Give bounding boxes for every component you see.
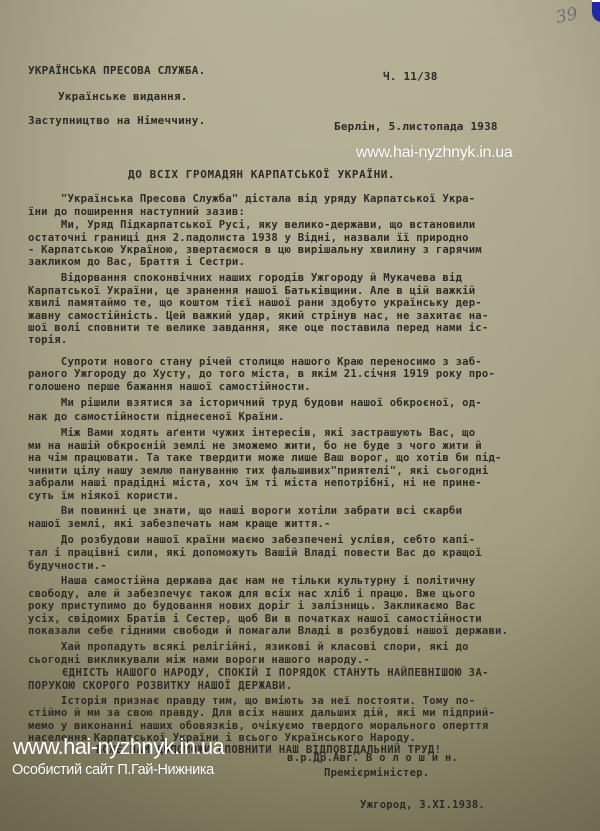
header-edition: Українське видання.: [58, 90, 188, 103]
corner-mark: [592, 0, 600, 22]
body-line: забрали наші прадідні міста, хоч їм ті м…: [28, 477, 482, 490]
body-line: раного Ужгороду до Хусту, до того міста,…: [28, 368, 495, 381]
header-number: Ч. 11/38: [383, 70, 438, 83]
body-line: нашої землі, які забезпечать нам краще ж…: [28, 518, 331, 531]
watermark-top-url: www.hai-nyzhnyk.in.ua: [356, 144, 512, 162]
watermark-bottom-caption: Особистий сайт П.Гай-Нижника: [12, 762, 214, 778]
body-line: "Українська Пресова Служба" дістала від …: [28, 193, 475, 206]
header-office: Заступництво на Німеччину.: [28, 114, 205, 127]
body-line: торія.: [28, 334, 67, 347]
body-line: хвилі памятаймо те, що коштом тієї нашої…: [28, 297, 482, 310]
body-line: на чім працювати. Та таке твердити може …: [28, 452, 502, 465]
body-line: року приступимо до будовання нових доріг…: [28, 600, 475, 613]
body-line: Ви повинні це знати, що наші вороги хоті…: [28, 505, 462, 518]
body-line: нак до самостійности піднесеної Країни.: [28, 411, 285, 424]
body-line: сьогодні викликували між нами вороги наш…: [28, 654, 370, 667]
body-line: ЄДНІСТЬ НАШОГО НАРОДУ, СПОКІЙ І ПОРЯДОК …: [28, 667, 489, 680]
watermark-bottom-url: www.hai-nyzhnyk.in.ua: [13, 734, 224, 760]
signature-name: в.р.Др.Авг. В о л о ш и н.: [287, 752, 458, 765]
body-line: До розбудови нашої країни маємо забезпеч…: [28, 534, 475, 547]
archive-page-number: 39: [554, 4, 579, 28]
signature-place-date: Ужгород, 3.XI.1938.: [360, 799, 485, 812]
body-line: закликом до Вас, Браття і Сестри.: [28, 256, 245, 269]
body-line: суть їм ніякої користи.: [28, 490, 179, 503]
body-line: будучности.-: [28, 560, 107, 573]
signature-role: Премієрміністер.: [324, 767, 429, 780]
body-line: Хай пропадуть всякі релігійні, язикові й…: [28, 641, 469, 654]
body-line: Відорвання споконвічних наших городів Уж…: [28, 272, 462, 285]
body-line: їни до поширення наступний зазив:: [28, 206, 245, 219]
body-line: голошено перше бажання нашої самостійнос…: [28, 381, 311, 394]
body-line: шої волі сповнити те велике завдання, як…: [28, 322, 488, 335]
header-org: УКРАЇНСЬКА ПРЕСОВА СЛУЖБА.: [28, 64, 205, 77]
body-line: показали себе гідними свободи й помагали…: [28, 625, 508, 638]
body-line: ПОРУКОЮ СКОРОГО РОЗВИТКУ НАШОЇ ДЕРЖАВИ.: [28, 680, 292, 693]
body-line: Між Вами ходять аґенти чужих інтересів, …: [28, 427, 475, 440]
body-line: тал і працівні сили, які допоможуть Ваші…: [28, 547, 482, 560]
header-place-date: Берлін, 5.листопада 1938: [334, 120, 498, 133]
body-line: Ми, Уряд Підкарпатської Русі, яку велико…: [28, 219, 475, 232]
body-line: Наша самостійна держава дає нам не тільк…: [28, 575, 475, 588]
document-title: ДО ВСІХ ГРОМАДЯН КАРПАТСЬКОЇ УКРАЇНИ.: [128, 168, 395, 181]
body-line: стіймо й ми за свою правду. Для всіх наш…: [28, 707, 495, 720]
body-line: Ми рішили взятися за історичний труд буд…: [28, 397, 482, 410]
